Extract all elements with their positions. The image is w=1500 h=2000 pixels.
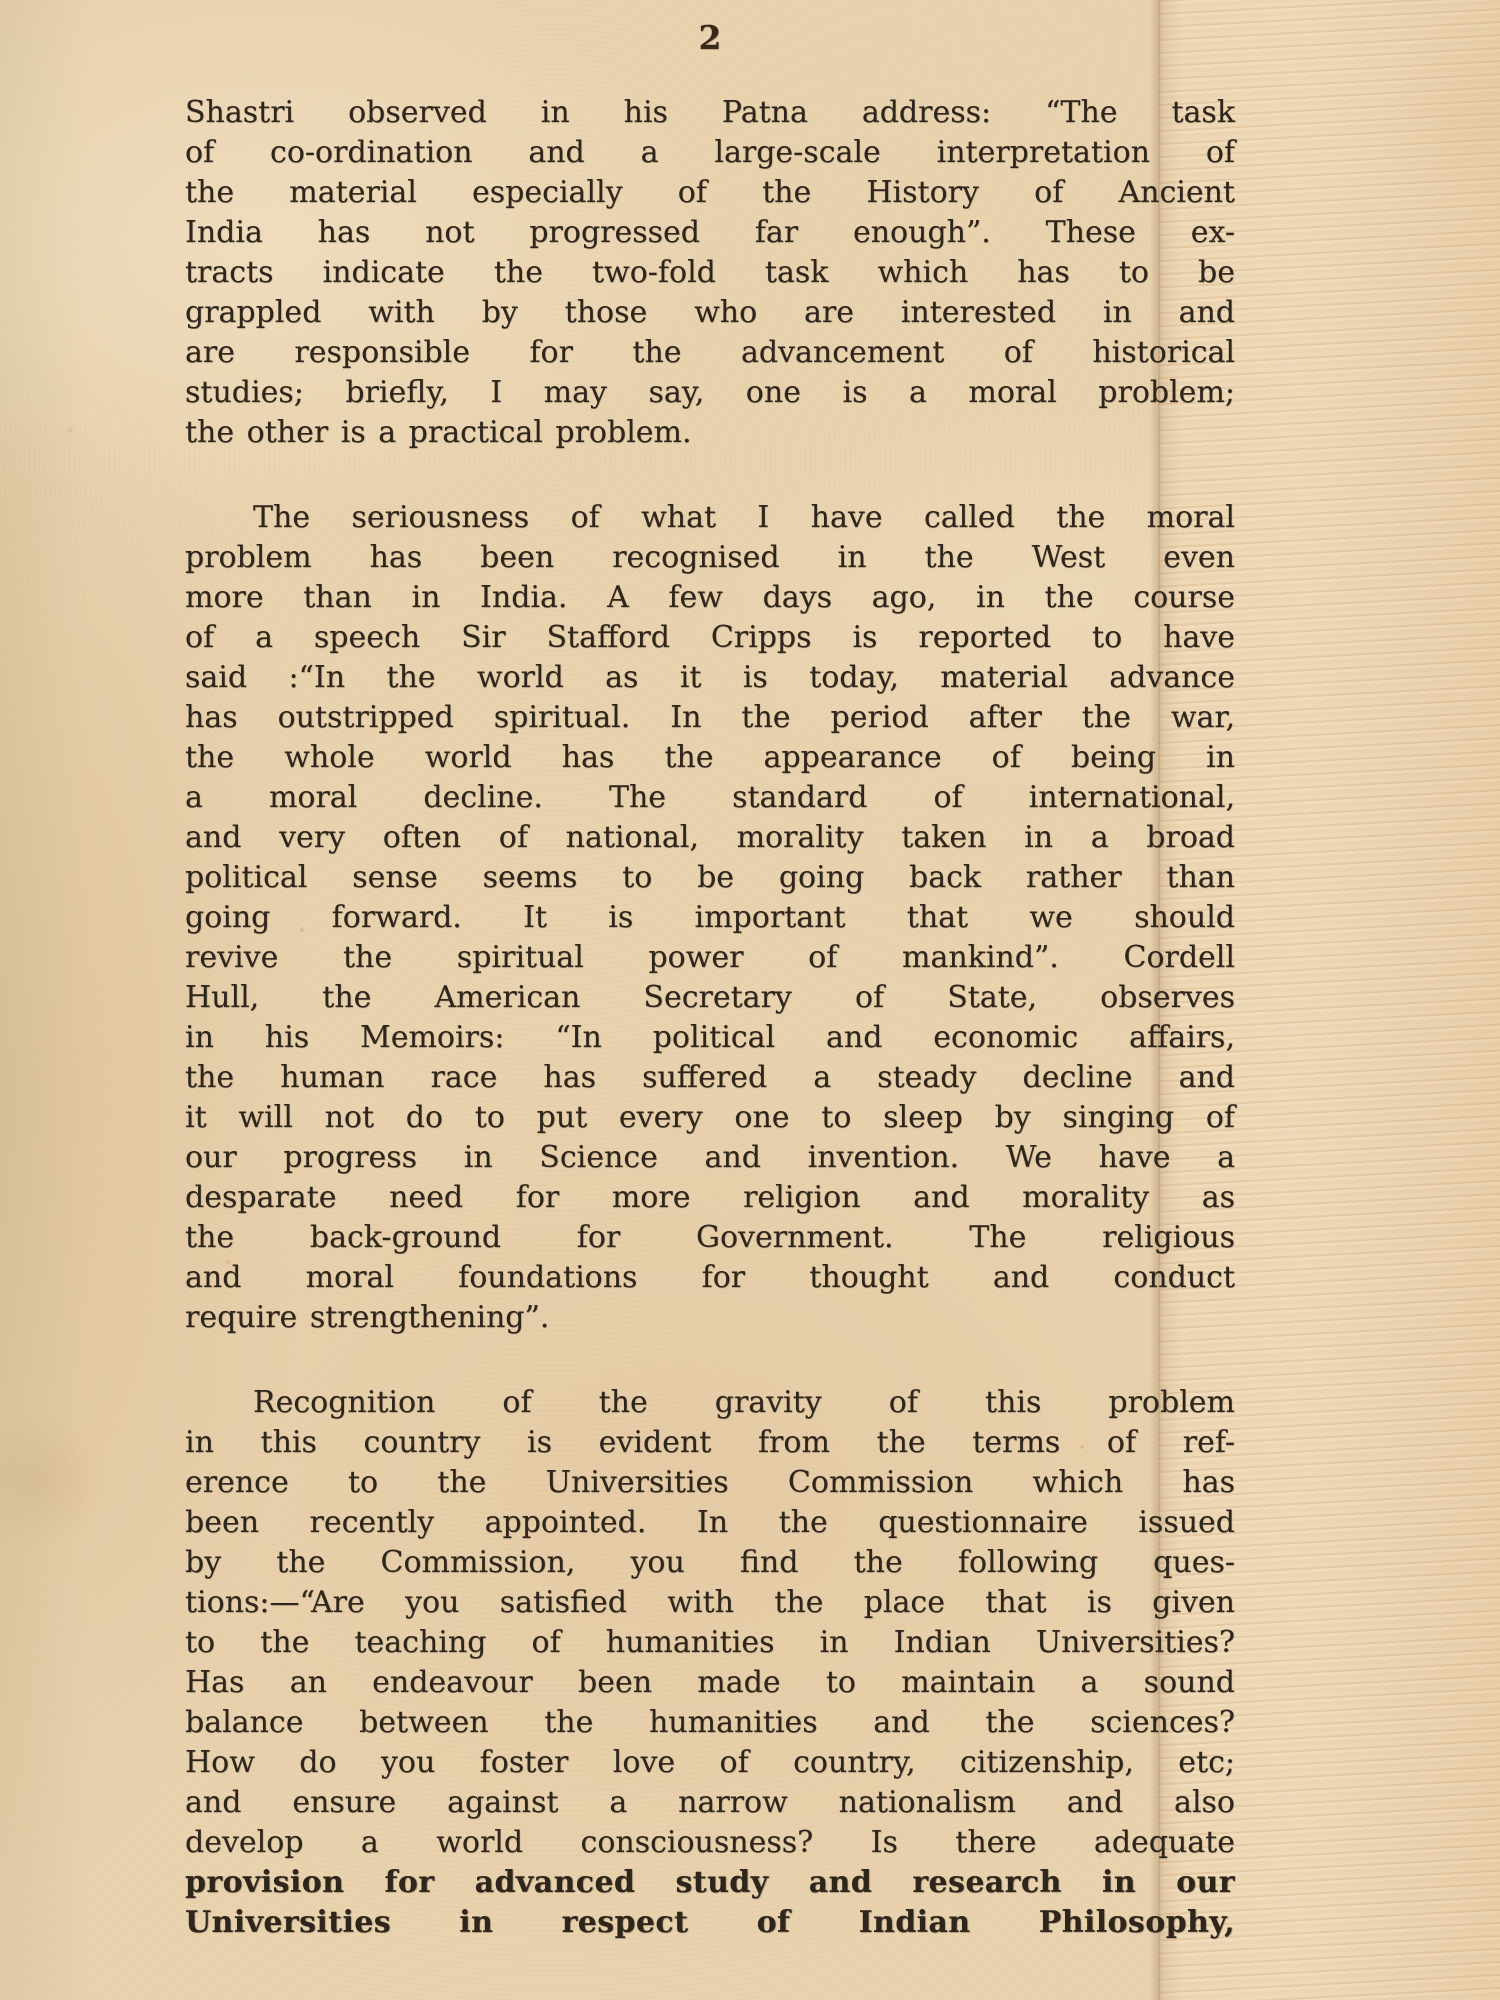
text-line: been recently appointed. In the question… (185, 1503, 1235, 1543)
text-line: of a speech Sir Stafford Cripps is repor… (185, 618, 1235, 658)
paragraph: Recognition of the gravity of this probl… (185, 1383, 1235, 1943)
text-line: the whole world has the appearance of be… (185, 738, 1235, 778)
text-line: studies; briefly, I may say, one is a mo… (185, 373, 1235, 413)
text-line: provision for advanced study and researc… (185, 1863, 1235, 1903)
text-line: in this country is evident from the term… (185, 1423, 1235, 1463)
page-number: 2 (185, 18, 1235, 57)
text-line: the material especially of the History o… (185, 173, 1235, 213)
text-line: of co-ordination and a large-scale inter… (185, 133, 1235, 173)
text-line: has outstripped spiritual. In the period… (185, 698, 1235, 738)
text-line: a moral decline. The standard of interna… (185, 778, 1235, 818)
text-line: problem has been recognised in the West … (185, 538, 1235, 578)
text-line: develop a world consciousness? Is there … (185, 1823, 1235, 1863)
text-line: How do you foster love of country, citiz… (185, 1743, 1235, 1783)
text-line: balance between the humanities and the s… (185, 1703, 1235, 1743)
text-line: the back-ground for Government. The reli… (185, 1218, 1235, 1258)
text-line: by the Commission, you find the followin… (185, 1543, 1235, 1583)
text-line: our progress in Science and invention. W… (185, 1138, 1235, 1178)
text-line: grappled with by those who are intereste… (185, 293, 1235, 333)
text-line: Universities in respect of Indian Philos… (185, 1903, 1235, 1943)
text-line: and moral foundations for thought and co… (185, 1258, 1235, 1298)
paragraph: Shastri observed in his Patna address: “… (185, 93, 1235, 453)
text-line: Has an endeavour been made to maintain a… (185, 1663, 1235, 1703)
text-line: India has not progressed far enough”. Th… (185, 213, 1235, 253)
text-line: more than in India. A few days ago, in t… (185, 578, 1235, 618)
paragraph: The seriousness of what I have called th… (185, 498, 1235, 1338)
text-line: to the teaching of humanities in Indian … (185, 1623, 1235, 1663)
text-line: require strengthening”. (185, 1298, 1235, 1338)
text-line: in his Memoirs: “In political and econom… (185, 1018, 1235, 1058)
text-line: it will not do to put every one to sleep… (185, 1098, 1235, 1138)
text-line: tracts indicate the two-fold task which … (185, 253, 1235, 293)
scanned-book-page: { "page": { "number": "2", "paper_color"… (0, 0, 1500, 2000)
text-line: Shastri observed in his Patna address: “… (185, 93, 1235, 133)
text-line: The seriousness of what I have called th… (185, 498, 1235, 538)
text-line: and ensure against a narrow nationalism … (185, 1783, 1235, 1823)
text-line: the human race has suffered a steady dec… (185, 1058, 1235, 1098)
text-block: Shastri observed in his Patna address: “… (185, 93, 1235, 1988)
text-line: and very often of national, morality tak… (185, 818, 1235, 858)
text-line: said :“In the world as it is today, mate… (185, 658, 1235, 698)
text-line: political sense seems to be going back r… (185, 858, 1235, 898)
text-line: erence to the Universities Commission wh… (185, 1463, 1235, 1503)
text-line: Recognition of the gravity of this probl… (185, 1383, 1235, 1423)
text-line: are responsible for the advancement of h… (185, 333, 1235, 373)
text-line: revive the spiritual power of mankind”. … (185, 938, 1235, 978)
text-line: going forward. It is important that we s… (185, 898, 1235, 938)
text-line: tions:—“Are you satisfied with the place… (185, 1583, 1235, 1623)
text-line: the other is a practical problem. (185, 413, 1235, 453)
text-line: Hull, the American Secretary of State, o… (185, 978, 1235, 1018)
text-line: desparate need for more religion and mor… (185, 1178, 1235, 1218)
